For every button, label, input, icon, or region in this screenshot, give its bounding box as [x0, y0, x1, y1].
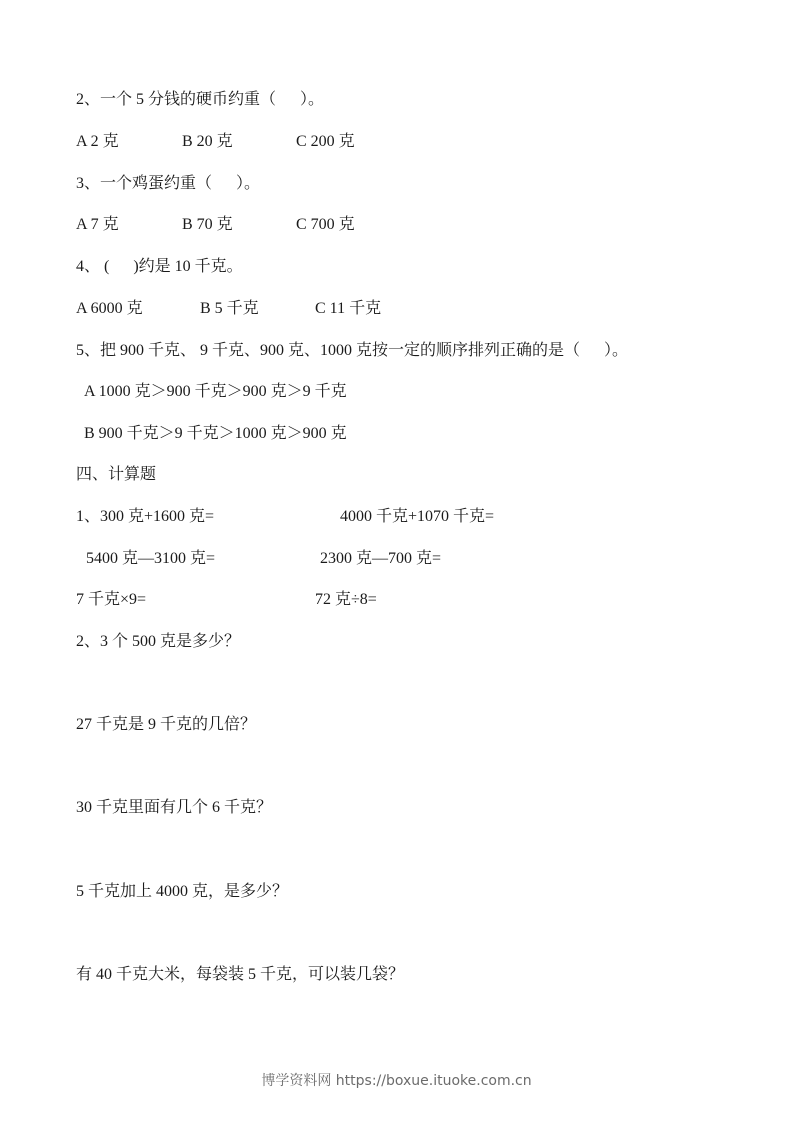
word-problem: 有 40 千克大米，每袋装 5 千克，可以装几袋？	[76, 965, 404, 985]
calc-item: 7 千克×9=	[76, 590, 146, 610]
question-5-stem: 5、把 900 千克、 9 千克、900 克、1000 克按一定的顺序排列正确的…	[76, 341, 628, 361]
calc-item: 2300 克—700 克=	[320, 549, 441, 569]
q2-option-a: A 2 克	[76, 132, 119, 152]
q4-option-a: A 6000 克	[76, 299, 143, 319]
word-problem: 30 千克里面有几个 6 千克？	[76, 798, 272, 818]
calc-item: 5400 克—3100 克=	[86, 549, 215, 569]
q3-option-c: C 700 克	[296, 215, 355, 235]
q3-option-a: A 7 克	[76, 215, 119, 235]
question-4-stem: 4、 ( )约是 10 千克。	[76, 257, 243, 277]
q2-option-c: C 200 克	[296, 132, 355, 152]
q4-option-b: B 5 千克	[200, 299, 259, 319]
q5-option-a: A 1000 克＞900 千克＞900 克＞9 千克	[84, 382, 347, 402]
word-problem: 27 千克是 9 千克的几倍？	[76, 715, 256, 735]
q4-option-c: C 11 千克	[315, 299, 381, 319]
q3-option-b: B 70 克	[182, 215, 233, 235]
question-3-stem: 3、一个鸡蛋约重（ ）。	[76, 174, 260, 194]
word-problem: 2、3 个 500 克是多少？	[76, 632, 240, 652]
footer-watermark: 博学资料网 https://boxue.ituoke.com.cn	[0, 1070, 793, 1090]
calc-item: 1、300 克+1600 克=	[76, 507, 214, 527]
word-problem: 5 千克加上 4000 克，是多少？	[76, 882, 288, 902]
question-2-stem: 2、一个 5 分钱的硬币约重（ ）。	[76, 90, 324, 110]
q2-option-b: B 20 克	[182, 132, 233, 152]
section-title: 四、计算题	[76, 465, 156, 485]
calc-item: 72 克÷8=	[315, 590, 377, 610]
calc-item: 4000 千克+1070 千克=	[340, 507, 494, 527]
q5-option-b: B 900 千克＞9 千克＞1000 克＞900 克	[84, 424, 347, 444]
